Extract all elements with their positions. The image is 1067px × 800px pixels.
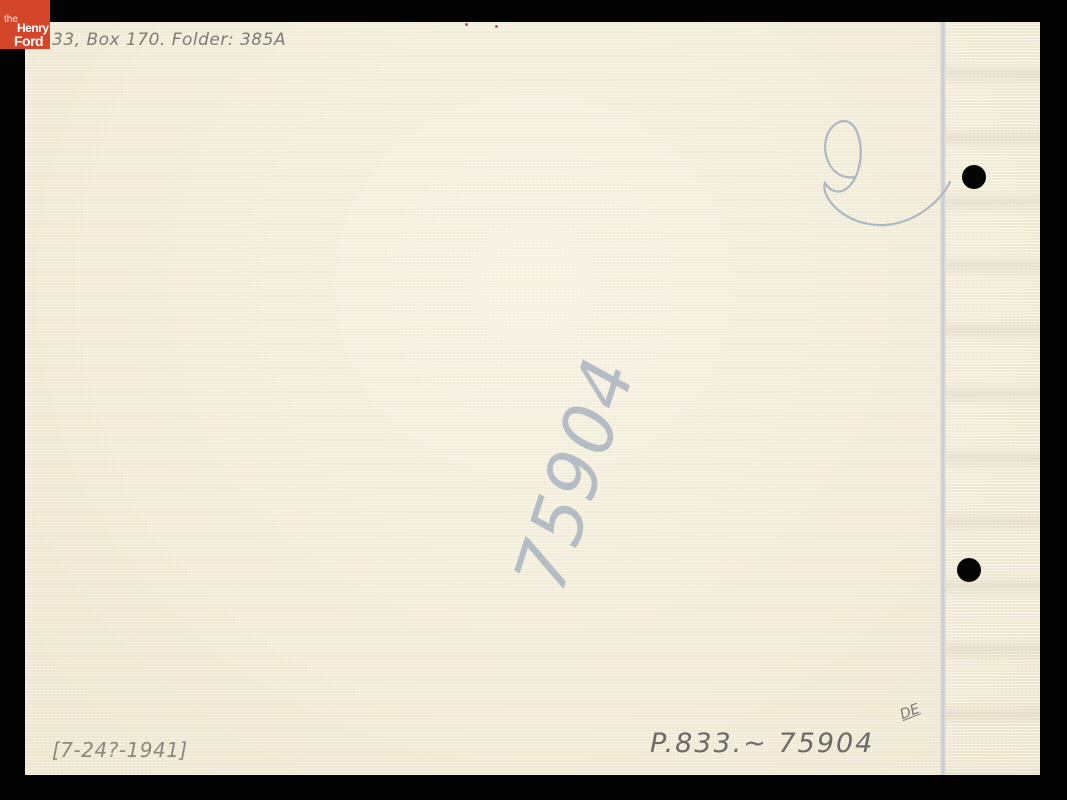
date-note: [7-24?-1941] [52, 738, 188, 762]
ink-speck [495, 25, 498, 28]
logo-text-ford: Ford [14, 34, 43, 48]
binding-strip [946, 22, 1040, 775]
scan-stage: 75904 33, Box 170. Folder: 385A [7-24?-1… [0, 0, 1067, 800]
the-henry-ford-logo: the Henry Ford [0, 0, 50, 49]
catalog-number-note: P.833.~ 75904 [650, 728, 874, 759]
ink-speck [465, 23, 468, 26]
photo-back-paper: 75904 33, Box 170. Folder: 385A [7-24?-1… [25, 22, 1040, 775]
blue-pencil-loop-mark [815, 117, 955, 232]
logo-text-the: the [4, 15, 18, 25]
initials-note: DE [898, 701, 922, 723]
blue-pencil-number: 75904 [498, 347, 652, 600]
folder-reference-note: 33, Box 170. Folder: 385A [52, 30, 286, 50]
punch-hole-top [962, 165, 986, 189]
punch-hole-bottom [957, 558, 981, 582]
